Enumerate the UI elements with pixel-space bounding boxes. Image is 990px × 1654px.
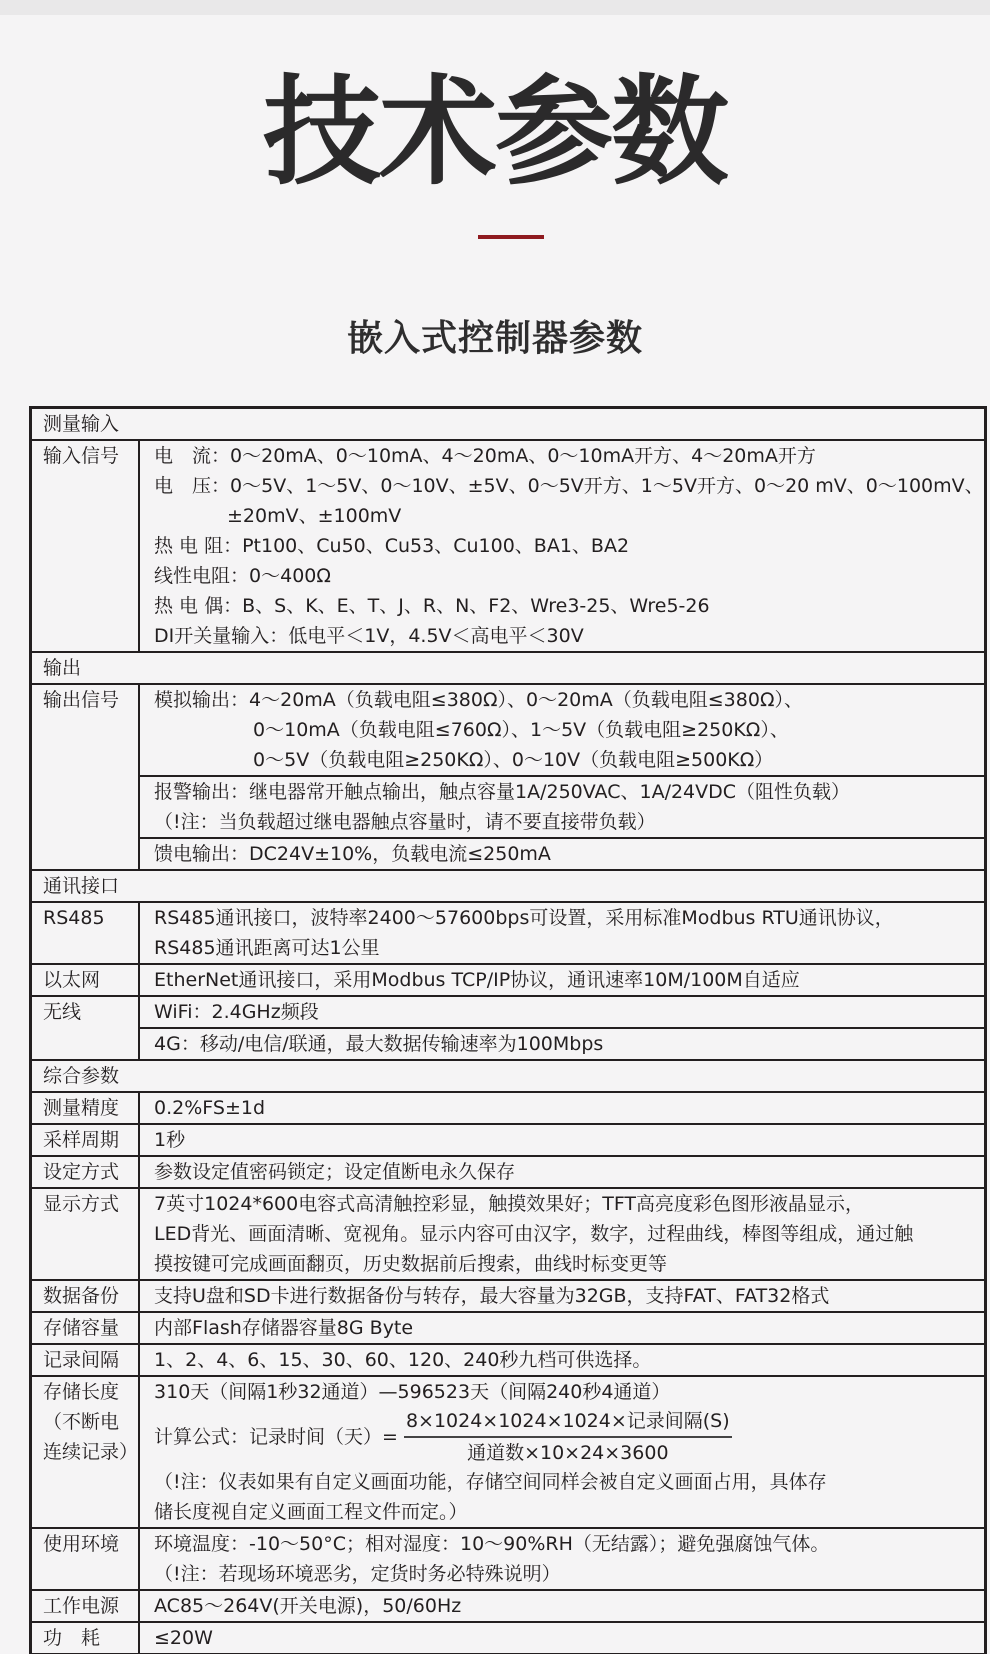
row-label: 记录间隔 — [31, 1344, 140, 1376]
table-row-output-analog: 输出信号 模拟输出：4～20mA（负载电阻≤380Ω）、0～20mA（负载电阻≤… — [31, 684, 986, 776]
row-label: 使用环境 — [31, 1528, 140, 1590]
row-value: 310天（间隔1秒32通道）—596523天（间隔240秒4通道） 计算公式：记… — [139, 1376, 985, 1528]
section-heading: 测量输入 — [31, 408, 986, 441]
top-bar — [0, 0, 990, 15]
row-value: 环境温度：-10～50°C；相对湿度：10～90%RH（无结露）；避免强腐蚀气体… — [139, 1528, 985, 1590]
row-value: 模拟输出：4～20mA（负载电阻≤380Ω）、0～20mA（负载电阻≤380Ω）… — [139, 684, 985, 776]
row-value: 1秒 — [139, 1124, 985, 1156]
row-label: 无线 — [31, 996, 140, 1060]
table-row-capacity: 存储容量 内部Flash存储器容量8G Byte — [31, 1312, 986, 1344]
row-value: 1、2、4、6、15、30、60、120、240秒九档可供选择。 — [139, 1344, 985, 1376]
row-label: 工作电源 — [31, 1590, 140, 1622]
section-row-comm: 通讯接口 — [31, 870, 986, 902]
row-value: 馈电输出：DC24V±10%，负载电流≤250mA — [139, 838, 985, 870]
table-row-accuracy: 测量精度 0.2%FS±1d — [31, 1092, 986, 1124]
table-row-environment: 使用环境 环境温度：-10～50°C；相对湿度：10～90%RH（无结露）；避免… — [31, 1528, 986, 1590]
section-subtitle: 嵌入式控制器参数 — [0, 310, 990, 361]
table-row-rs485: RS485 RS485通讯接口，波特率2400～57600bps可设置，采用标准… — [31, 902, 986, 964]
table-row-power: 工作电源 AC85～264V(开关电源)，50/60Hz — [31, 1590, 986, 1622]
row-label: 功 耗 — [31, 1622, 140, 1654]
spec-table: 测量输入 输入信号 电 流：0～20mA、0～10mA、4～20mA、0～10m… — [29, 406, 987, 1654]
row-label: 存储长度 （不断电 连续记录） — [31, 1376, 140, 1528]
section-row-input: 测量输入 — [31, 408, 986, 441]
row-label: 输出信号 — [31, 684, 140, 870]
table-row-interval: 记录间隔 1、2、4、6、15、30、60、120、240秒九档可供选择。 — [31, 1344, 986, 1376]
section-row-output: 输出 — [31, 652, 986, 684]
row-label: 以太网 — [31, 964, 140, 996]
table-row-display: 显示方式 7英寸1024*600电容式高清触控彩显，触摸效果好；TFT高亮度彩色… — [31, 1188, 986, 1280]
row-value: 0.2%FS±1d — [139, 1092, 985, 1124]
table-row-setting: 设定方式 参数设定值密码锁定；设定值断电永久保存 — [31, 1156, 986, 1188]
table-row-output-feed: 馈电输出：DC24V±10%，负载电流≤250mA — [31, 838, 986, 870]
page-title: 技术参数 — [0, 62, 990, 202]
row-label: 测量精度 — [31, 1092, 140, 1124]
table-row-output-alarm: 报警输出：继电器常开触点输出，触点容量1A/250VAC、1A/24VDC（阻性… — [31, 776, 986, 838]
row-value: 4G：移动/电信/联通，最大数据传输速率为100Mbps — [139, 1028, 985, 1060]
table-row-input-signal: 输入信号 电 流：0～20mA、0～10mA、4～20mA、0～10mA开方、4… — [31, 440, 986, 652]
table-row-4g: 4G：移动/电信/联通，最大数据传输速率为100Mbps — [31, 1028, 986, 1060]
row-value: ≤20W — [139, 1622, 985, 1654]
row-value: 报警输出：继电器常开触点输出，触点容量1A/250VAC、1A/24VDC（阻性… — [139, 776, 985, 838]
row-value: AC85～264V(开关电源)，50/60Hz — [139, 1590, 985, 1622]
row-label: RS485 — [31, 902, 140, 964]
row-label: 采样周期 — [31, 1124, 140, 1156]
row-label: 数据备份 — [31, 1280, 140, 1312]
section-heading: 通讯接口 — [31, 870, 986, 902]
row-value: 支持U盘和SD卡进行数据备份与转存，最大容量为32GB，支持FAT、FAT32格… — [139, 1280, 985, 1312]
row-label: 设定方式 — [31, 1156, 140, 1188]
row-value: 参数设定值密码锁定；设定值断电永久保存 — [139, 1156, 985, 1188]
row-value: EtherNet通讯接口，采用Modbus TCP/IP协议，通讯速率10M/1… — [139, 964, 985, 996]
row-value: 内部Flash存储器容量8G Byte — [139, 1312, 985, 1344]
row-value: 7英寸1024*600电容式高清触控彩显，触摸效果好；TFT高亮度彩色图形液晶显… — [139, 1188, 985, 1280]
title-accent-line — [478, 235, 544, 239]
table-row-storage-length: 存储长度 （不断电 连续记录） 310天（间隔1秒32通道）—596523天（间… — [31, 1376, 986, 1528]
row-label: 输入信号 — [31, 440, 140, 652]
table-row-wifi: 无线 WiFi：2.4GHz频段 — [31, 996, 986, 1028]
row-label: 存储容量 — [31, 1312, 140, 1344]
storage-formula: 计算公式：记录时间（天）= 8×1024×1024×1024×记录间隔(S) 通… — [154, 1407, 984, 1467]
table-row-consumption: 功 耗 ≤20W — [31, 1622, 986, 1654]
table-row-sampling: 采样周期 1秒 — [31, 1124, 986, 1156]
table-row-ethernet: 以太网 EtherNet通讯接口，采用Modbus TCP/IP协议，通讯速率1… — [31, 964, 986, 996]
section-heading: 综合参数 — [31, 1060, 986, 1092]
section-row-general: 综合参数 — [31, 1060, 986, 1092]
formula-fraction: 8×1024×1024×1024×记录间隔(S) 通道数×10×24×3600 — [404, 1406, 732, 1468]
table-row-backup: 数据备份 支持U盘和SD卡进行数据备份与转存，最大容量为32GB，支持FAT、F… — [31, 1280, 986, 1312]
section-heading: 输出 — [31, 652, 986, 684]
row-value: RS485通讯接口，波特率2400～57600bps可设置，采用标准Modbus… — [139, 902, 985, 964]
row-value: WiFi：2.4GHz频段 — [139, 996, 985, 1028]
row-value: 电 流：0～20mA、0～10mA、4～20mA、0～10mA开方、4～20mA… — [139, 440, 985, 652]
row-label: 显示方式 — [31, 1188, 140, 1280]
